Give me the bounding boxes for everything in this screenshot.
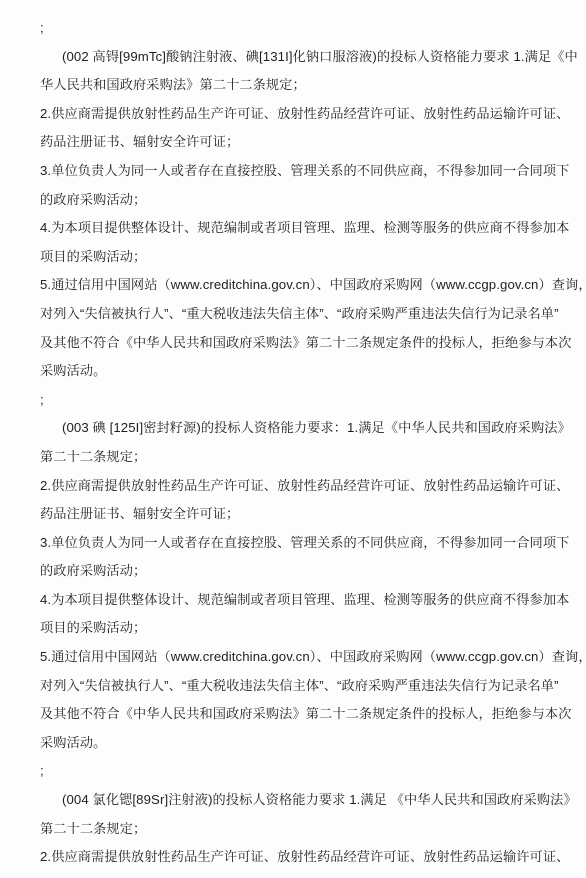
- text-line: 3.单位负责人为同一人或者存在直接控股、管理关系的不同供应商，不得参加同一合同项…: [40, 529, 550, 558]
- text-line: 药品注册证书、辐射安全许可证；: [40, 128, 550, 157]
- text-line: 采购活动。: [40, 729, 550, 758]
- text-line: 2.供应商需提供放射性药品生产许可证、放射性药品经营许可证、放射性药品运输许可证…: [40, 843, 550, 872]
- text-line: ;: [40, 14, 550, 43]
- text-line: 4.为本项目提供整体设计、规范编制或者项目管理、监理、检测等服务的供应商不得参加…: [40, 214, 550, 243]
- text-line: 5.通过信用中国网站（www.creditchina.gov.cn）、中国政府采…: [40, 643, 550, 672]
- text-line: 对列入“失信被执行人”、“重大税收违法失信主体”、“政府采购严重违法失信行为记录…: [40, 300, 550, 329]
- text-line: ;: [40, 757, 550, 786]
- text-line: ;: [40, 386, 550, 415]
- document-body: ;(002 高锝[99mTc]酸钠注射液、碘[131I]化钠口服溶液)的投标人资…: [40, 14, 550, 872]
- text-line: 5.通过信用中国网站（www.creditchina.gov.cn）、中国政府采…: [40, 271, 550, 300]
- text-line: 华人民共和国政府采购法》第二十二条规定；: [40, 71, 550, 100]
- text-line: (004 氯化锶[89Sr]注射液)的投标人资格能力要求 1.满足 《中华人民共…: [40, 786, 550, 815]
- text-line: 及其他不符合《中华人民共和国政府采购法》第二十二条规定条件的投标人，拒绝参与本次: [40, 329, 550, 358]
- text-line: 采购活动。: [40, 357, 550, 386]
- text-line: 2.供应商需提供放射性药品生产许可证、放射性药品经营许可证、放射性药品运输许可证…: [40, 472, 550, 501]
- text-line: 2.供应商需提供放射性药品生产许可证、放射性药品经营许可证、放射性药品运输许可证…: [40, 100, 550, 129]
- text-line: 的政府采购活动；: [40, 557, 550, 586]
- text-line: 3.单位负责人为同一人或者存在直接控股、管理关系的不同供应商，不得参加同一合同项…: [40, 157, 550, 186]
- text-line: 第二十二条规定；: [40, 443, 550, 472]
- text-line: (002 高锝[99mTc]酸钠注射液、碘[131I]化钠口服溶液)的投标人资格…: [40, 43, 550, 72]
- text-line: 第二十二条规定；: [40, 815, 550, 844]
- text-line: (003 碘 [125I]密封籽源)的投标人资格能力要求：1.满足《中华人民共和…: [40, 414, 550, 443]
- text-line: 的政府采购活动；: [40, 186, 550, 215]
- text-line: 项目的采购活动；: [40, 614, 550, 643]
- text-line: 及其他不符合《中华人民共和国政府采购法》第二十二条规定条件的投标人，拒绝参与本次: [40, 700, 550, 729]
- text-line: 药品注册证书、辐射安全许可证；: [40, 500, 550, 529]
- text-line: 项目的采购活动；: [40, 243, 550, 272]
- text-line: 4.为本项目提供整体设计、规范编制或者项目管理、监理、检测等服务的供应商不得参加…: [40, 586, 550, 615]
- document-page: ;(002 高锝[99mTc]酸钠注射液、碘[131I]化钠口服溶液)的投标人资…: [0, 0, 586, 878]
- text-line: 对列入“失信被执行人”、“重大税收违法失信主体”、“政府采购严重违法失信行为记录…: [40, 672, 550, 701]
